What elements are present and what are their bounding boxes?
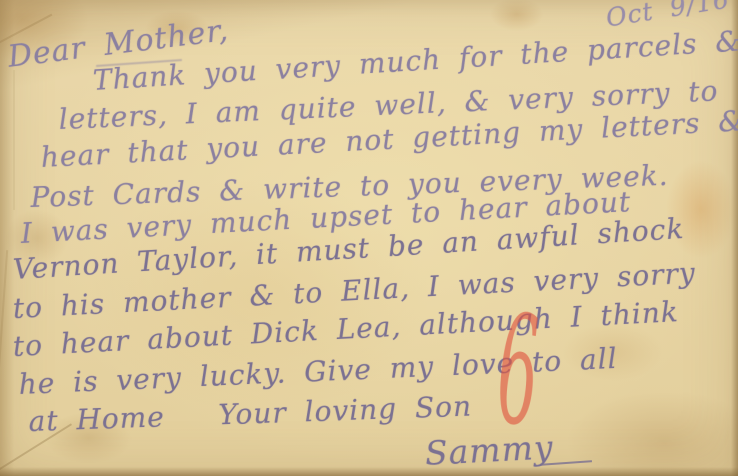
red-pencil-mark: 6 <box>496 292 541 450</box>
scanned-postcard-letter: Oct 9/16 Dear Mother, Thank you very muc… <box>0 0 738 476</box>
